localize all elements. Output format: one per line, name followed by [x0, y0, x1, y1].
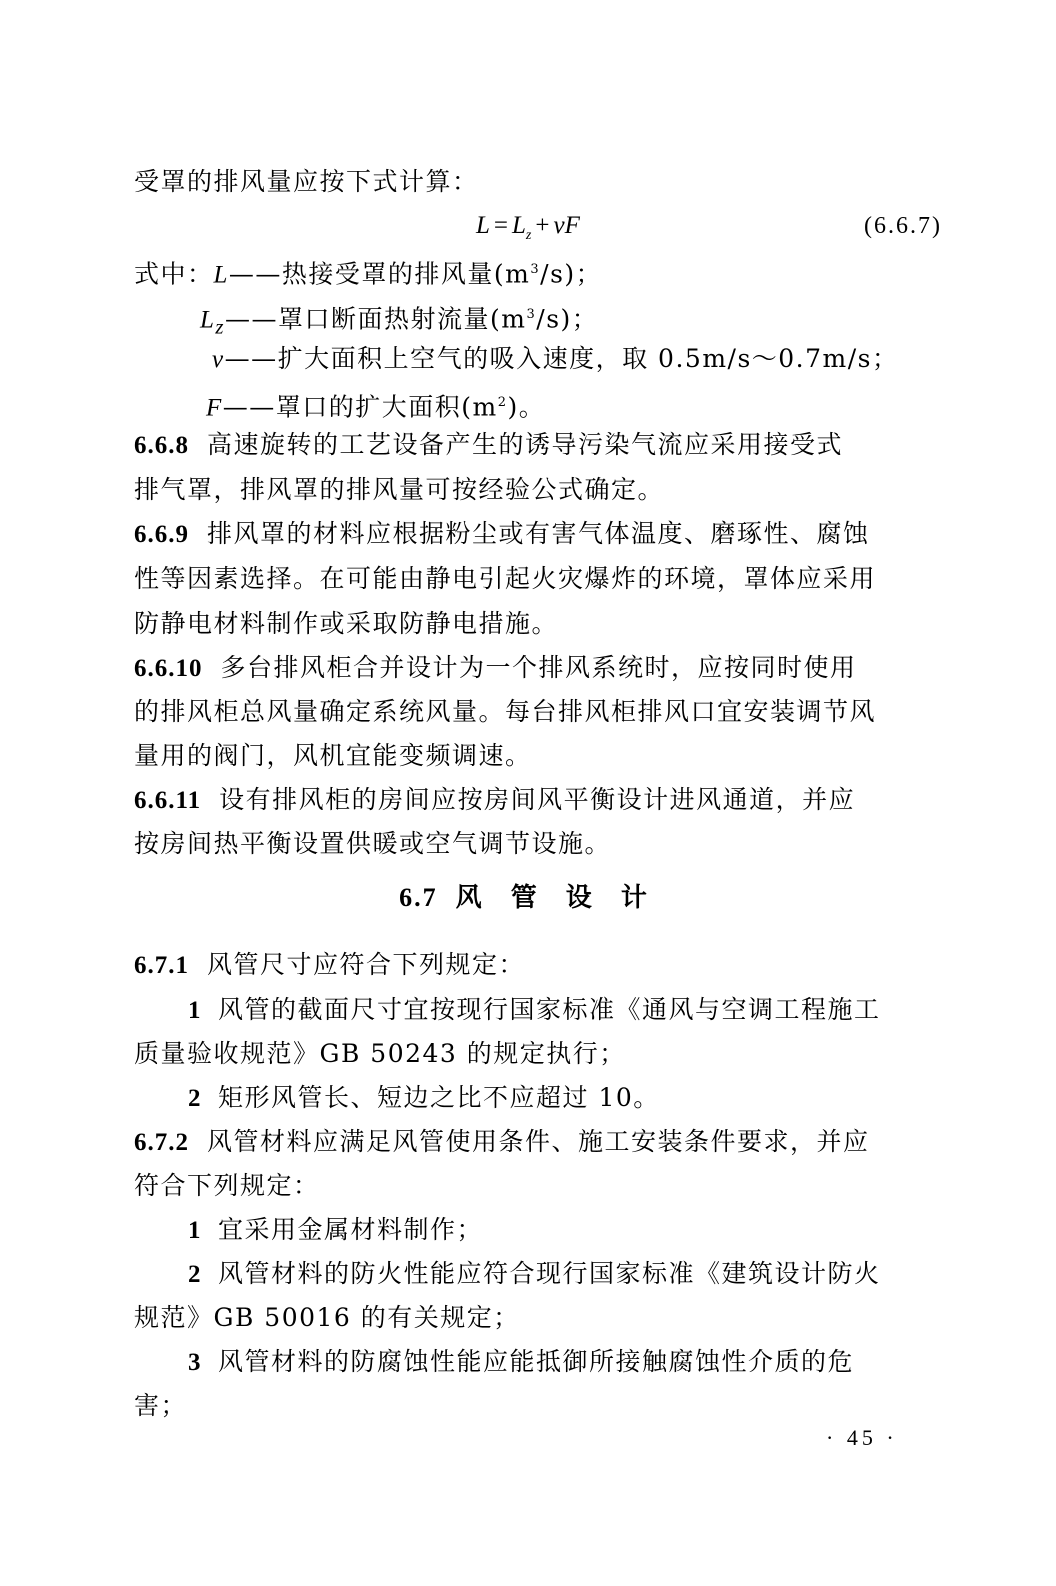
definition-dash: ——	[223, 392, 276, 421]
definition-row: v——扩大面积上空气的吸入速度，取 0.5m/s～0.7m/s；	[212, 339, 1022, 380]
item-text: 风管的截面尺寸宜按现行国家标准《通风与空调工程施工	[218, 995, 881, 1024]
definition-var: L	[214, 261, 229, 288]
clause-text: 排气罩，排风罩的排风量可按经验公式确定。	[134, 470, 944, 510]
item-text: 规范》GB 50016 的有关规定；	[134, 1298, 944, 1338]
clause-6-6-9: 6.6.9排风罩的材料应根据粉尘或有害气体温度、磨琢性、腐蚀	[134, 514, 944, 555]
definition-tail: )。	[508, 392, 546, 421]
definition-sup: 2	[498, 395, 508, 410]
clause-6-7-1: 6.7.1风管尺寸应符合下列规定：	[134, 945, 944, 986]
formula-lhs: L	[476, 212, 490, 239]
list-item: 1风管的截面尺寸宜按现行国家标准《通风与空调工程施工	[188, 990, 998, 1031]
clause-text: 按房间热平衡设置供暖或空气调节设施。	[134, 824, 944, 864]
list-item: 2矩形风管长、短边之比不应超过 10。	[188, 1078, 998, 1119]
page-number: · 45 ·	[826, 1420, 898, 1456]
definition-text: 热接受罩的排风量(m	[282, 259, 530, 288]
definition-var: L	[200, 306, 215, 333]
clause-6-6-8: 6.6.8高速旋转的工艺设备产生的诱导污染气流应采用接受式	[134, 425, 944, 466]
clause-text: 高速旋转的工艺设备产生的诱导污染气流应采用接受式	[207, 430, 843, 459]
item-number: 2	[188, 1085, 202, 1112]
section-heading: 6.7风 管 设 计	[0, 878, 1056, 918]
item-text: 质量验收规范》GB 50243 的规定执行；	[134, 1034, 944, 1074]
item-number: 1	[188, 997, 202, 1024]
clause-text: 排风罩的材料应根据粉尘或有害气体温度、磨琢性、腐蚀	[207, 519, 870, 548]
clause-number: 6.7.1	[134, 952, 189, 979]
clause-text: 风管材料应满足风管使用条件、施工安装条件要求，并应	[207, 1127, 870, 1156]
clause-6-6-10: 6.6.10多台排风柜合并设计为一个排风系统时，应按同时使用	[134, 648, 944, 689]
formula-term1: L	[512, 212, 526, 239]
clause-6-7-2: 6.7.2风管材料应满足风管使用条件、施工安装条件要求，并应	[134, 1122, 944, 1163]
definition-sup: 3	[526, 307, 536, 322]
clause-text: 的排风柜总风量确定系统风量。每台排风柜排风口宜安装调节风	[134, 692, 944, 732]
formula-plus: +	[535, 212, 549, 239]
clause-number: 6.6.11	[134, 787, 201, 814]
item-text: 矩形风管长、短边之比不应超过 10。	[218, 1083, 660, 1112]
definition-prefix: 式中：	[134, 259, 214, 288]
item-text: 害；	[134, 1386, 944, 1426]
item-number: 1	[188, 1217, 202, 1244]
formula: L=Lz+vF	[476, 206, 580, 256]
definition-text: 罩口断面热射流量(m	[278, 304, 526, 333]
clause-text: 性等因素选择。在可能由静电引起火灾爆炸的环境，罩体应采用	[134, 559, 944, 599]
definition-var-sub: z	[215, 314, 225, 338]
item-text: 风管材料的防腐蚀性能应能抵御所接触腐蚀性介质的危	[218, 1347, 854, 1376]
clause-number: 6.6.8	[134, 432, 189, 459]
definition-row: F——罩口的扩大面积(m2)。	[206, 383, 1016, 428]
definition-var: F	[206, 394, 223, 421]
clause-text: 风管尺寸应符合下列规定：	[207, 950, 525, 979]
definition-var: v	[212, 346, 225, 373]
clause-text: 多台排风柜合并设计为一个排风系统时，应按同时使用	[221, 653, 857, 682]
clause-text: 量用的阀门，风机宜能变频调速。	[134, 736, 944, 776]
clause-number: 6.6.10	[134, 655, 203, 682]
definition-tail: /s)；	[540, 259, 602, 288]
definition-text: 扩大面积上空气的吸入速度，取 0.5m/s～0.7m/s；	[278, 344, 899, 373]
section-number: 6.7	[399, 883, 438, 912]
section-title-text: 风 管 设 计	[456, 883, 657, 913]
item-number: 2	[188, 1261, 202, 1288]
clause-text: 设有排风柜的房间应按房间风平衡设计进风通道，并应	[219, 785, 855, 814]
list-item: 2风管材料的防火性能应符合现行国家标准《建筑设计防火	[188, 1254, 998, 1295]
formula-term2: vF	[553, 212, 579, 239]
definition-sup: 3	[530, 262, 540, 277]
document-page: 受罩的排风量应按下式计算： L=Lz+vF (6.6.7) 式中：L——热接受罩…	[0, 0, 1056, 1586]
definition-dash: ——	[225, 304, 278, 333]
formula-term1-sub: z	[526, 228, 531, 243]
item-text: 宜采用金属材料制作；	[218, 1215, 483, 1244]
definition-dash: ——	[229, 259, 282, 288]
clause-text: 防静电材料制作或采取防静电措施。	[134, 604, 944, 644]
item-number: 3	[188, 1349, 202, 1376]
clause-number: 6.7.2	[134, 1129, 189, 1156]
formula-eq: =	[494, 212, 508, 239]
clause-number: 6.6.9	[134, 521, 189, 548]
clause-6-6-11: 6.6.11设有排风柜的房间应按房间风平衡设计进风通道，并应	[134, 780, 944, 821]
definition-tail: /s)；	[536, 304, 598, 333]
clause-text: 符合下列规定：	[134, 1166, 944, 1206]
item-text: 风管材料的防火性能应符合现行国家标准《建筑设计防火	[218, 1259, 881, 1288]
list-item: 3风管材料的防腐蚀性能应能抵御所接触腐蚀性介质的危	[188, 1342, 998, 1383]
definition-dash: ——	[225, 344, 278, 373]
list-item: 1宜采用金属材料制作；	[188, 1210, 998, 1251]
definition-text: 罩口的扩大面积(m	[276, 392, 498, 421]
equation-number: (6.6.7)	[864, 206, 942, 246]
intro-line: 受罩的排风量应按下式计算：	[134, 162, 944, 202]
definition-row: 式中：L——热接受罩的排风量(m3/s)；	[134, 250, 944, 295]
